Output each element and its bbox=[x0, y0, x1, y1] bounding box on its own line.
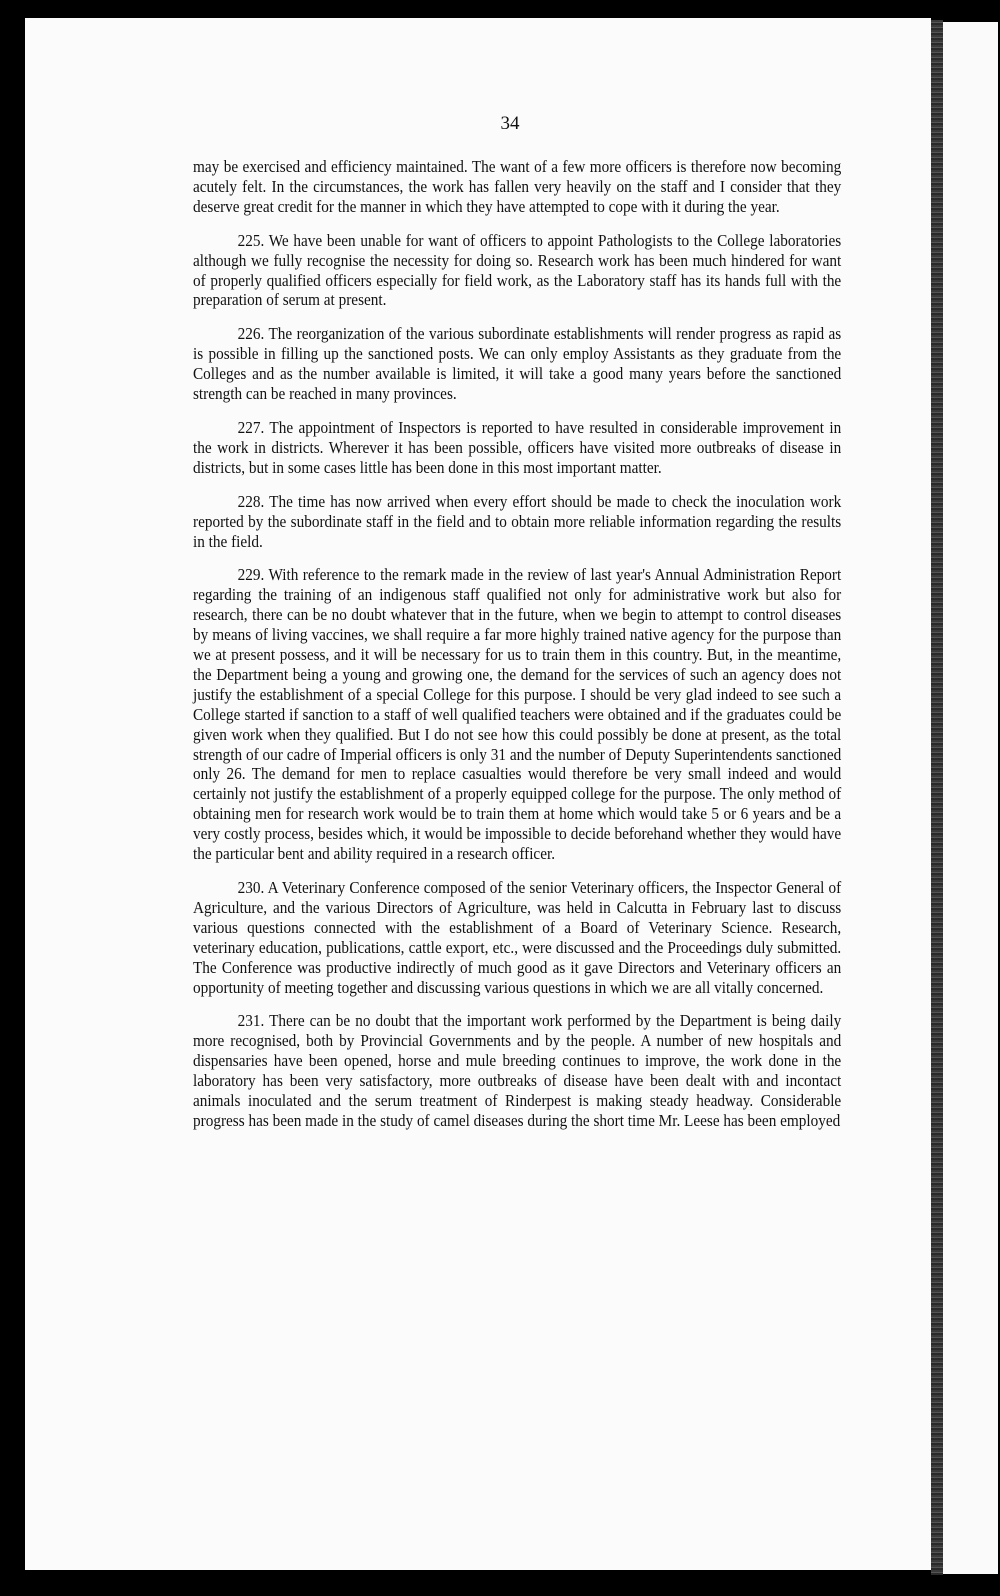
paragraph-continuation: may be exercised and efficiency maintain… bbox=[193, 157, 841, 217]
page-binding-edge bbox=[931, 20, 943, 1575]
paragraph-227: 227. The appointment of Inspectors is re… bbox=[193, 418, 841, 478]
paragraph-text: We have been unable for want of officers… bbox=[193, 231, 841, 310]
paragraph-231: 231. There can be no doubt that the impo… bbox=[193, 1011, 841, 1130]
paragraph-229: 229. With reference to the remark made i… bbox=[193, 565, 841, 864]
paragraph-number: 228. bbox=[238, 492, 265, 511]
paragraph-text: may be exercised and efficiency maintain… bbox=[193, 157, 841, 216]
paragraph-text: The appointment of Inspectors is reporte… bbox=[193, 418, 841, 477]
paragraph-text: There can be no doubt that the important… bbox=[193, 1011, 841, 1130]
paragraph-228: 228. The time has now arrived when every… bbox=[193, 492, 841, 552]
adjacent-page-edge bbox=[943, 22, 998, 1574]
paragraph-text: The time has now arrived when every effo… bbox=[193, 492, 841, 551]
paragraph-number: 229. bbox=[238, 565, 265, 584]
paragraph-number: 231. bbox=[238, 1011, 265, 1030]
paragraph-number: 230. bbox=[238, 878, 265, 897]
page-number: 34 bbox=[20, 113, 1000, 135]
paragraph-230: 230. A Veterinary Conference composed of… bbox=[193, 878, 841, 997]
paragraph-226: 226. The reorganization of the various s… bbox=[193, 324, 841, 404]
paragraph-text: With reference to the remark made in the… bbox=[193, 565, 841, 863]
document-body: may be exercised and efficiency maintain… bbox=[193, 157, 841, 1145]
paragraph-number: 225. bbox=[238, 231, 265, 250]
paragraph-number: 226. bbox=[238, 324, 265, 343]
paragraph-text: A Veterinary Conference composed of the … bbox=[193, 878, 841, 997]
paragraph-text: The reorganization of the various subord… bbox=[193, 324, 841, 403]
paragraph-number: 227. bbox=[238, 418, 265, 437]
paragraph-225: 225. We have been unable for want of off… bbox=[193, 231, 841, 311]
